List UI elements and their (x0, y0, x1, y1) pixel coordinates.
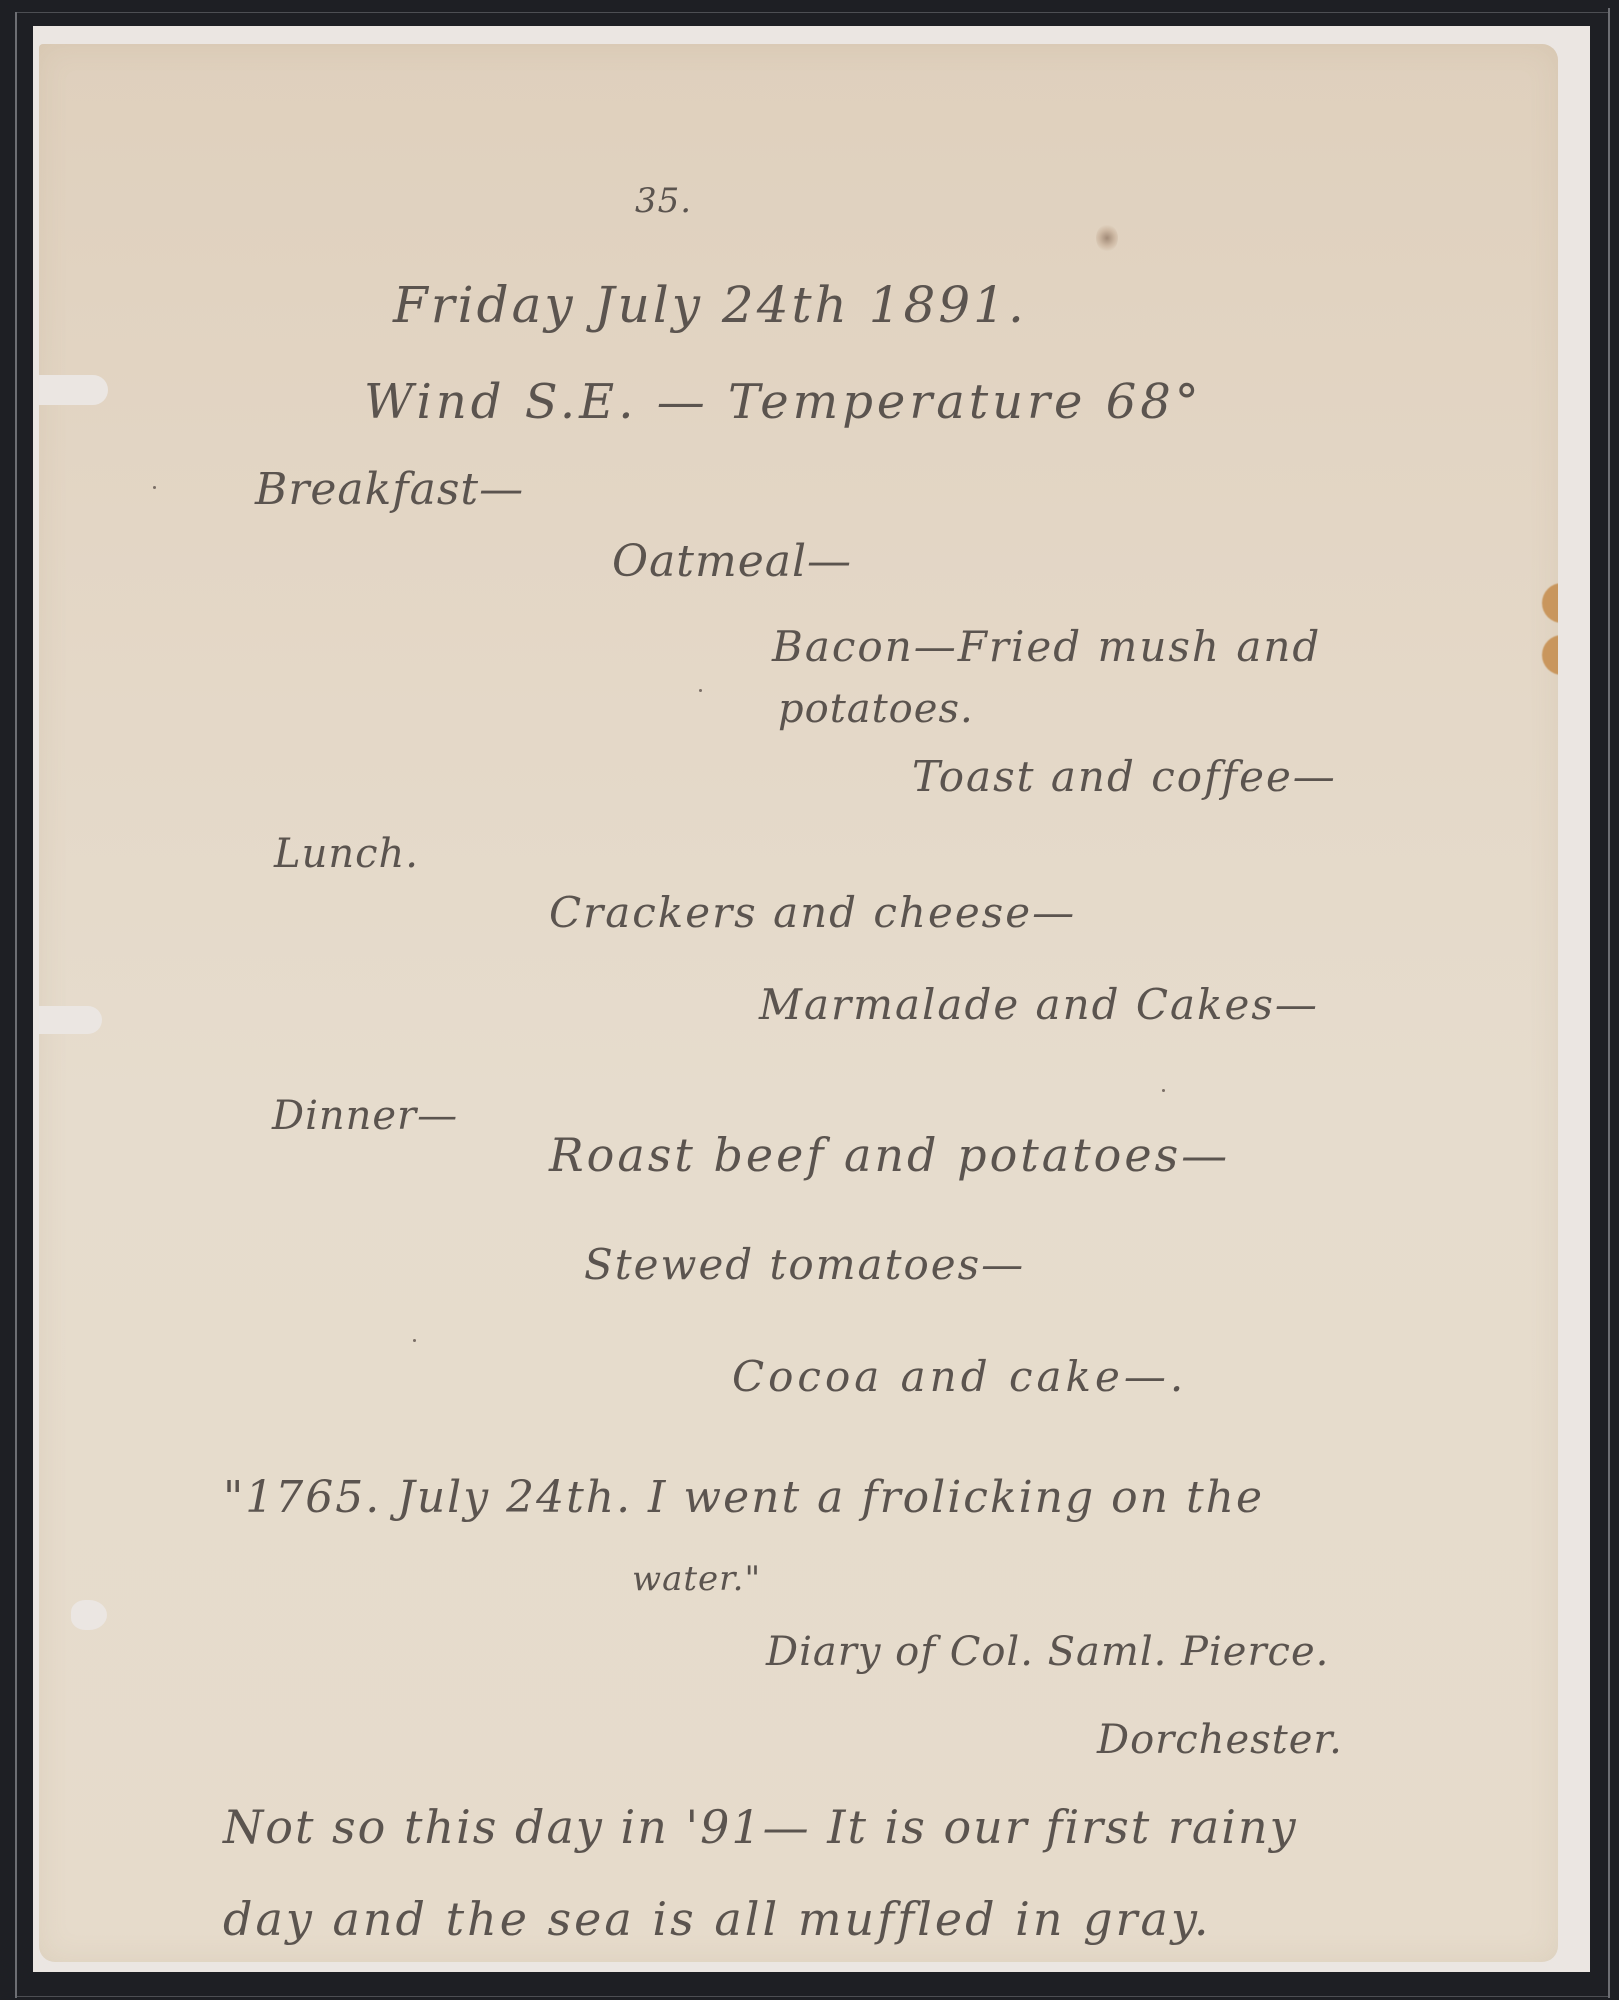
breakfast-item: Toast and coffee— (912, 756, 1337, 798)
page-number: 35. (635, 184, 692, 218)
manuscript-page: 35. Friday July 24th 1891. Wind S.E. — T… (39, 44, 1558, 1962)
weather-line: Wind S.E. — Temperature 68° (364, 378, 1203, 426)
dinner-item: Roast beef and potatoes— (549, 1132, 1230, 1178)
lunch-item: Marmalade and Cakes— (759, 984, 1319, 1026)
punch-hole-top (39, 375, 108, 405)
rust-stain-lower (1542, 635, 1558, 675)
quote-place: Dorchester. (1097, 1720, 1343, 1760)
breakfast-item: potatoes. (778, 689, 974, 729)
dinner-label: Dinner— (272, 1096, 458, 1136)
lunch-label: Lunch. (274, 834, 419, 874)
punch-hole-middle (39, 1006, 102, 1034)
stray-dot (1162, 1089, 1165, 1092)
sleeve-edge-right (1608, 8, 1610, 1998)
rust-stain-upper (1542, 583, 1558, 623)
dinner-item: Cocoa and cake—. (732, 1356, 1187, 1398)
breakfast-item: Bacon—Fried mush and (772, 626, 1321, 668)
punch-hole-bottom (71, 1600, 107, 1630)
quote-source: Diary of Col. Saml. Pierce. (766, 1632, 1329, 1672)
dinner-item: Stewed tomatoes— (584, 1244, 1025, 1286)
breakfast-item: Oatmeal— (612, 540, 852, 584)
lunch-item: Crackers and cheese— (549, 892, 1076, 934)
sleeve-edge-top (15, 12, 1609, 13)
sleeve-edge-left (15, 12, 17, 1998)
ink-spot (1096, 224, 1118, 252)
stray-dot (699, 689, 702, 692)
quote-line-1: "1765. July 24th. I went a frolicking on… (223, 1476, 1264, 1520)
quote-line-2: water." (632, 1562, 761, 1596)
breakfast-label: Breakfast— (255, 468, 524, 512)
closing-line-1: Not so this day in '91— It is our first … (223, 1804, 1298, 1850)
closing-line-2: day and the sea is all muffled in gray. (223, 1896, 1211, 1942)
stray-dot (153, 486, 156, 489)
sleeve-edge-bottom (15, 1996, 1609, 1997)
stray-dot (413, 1339, 416, 1342)
date-heading: Friday July 24th 1891. (393, 280, 1027, 330)
